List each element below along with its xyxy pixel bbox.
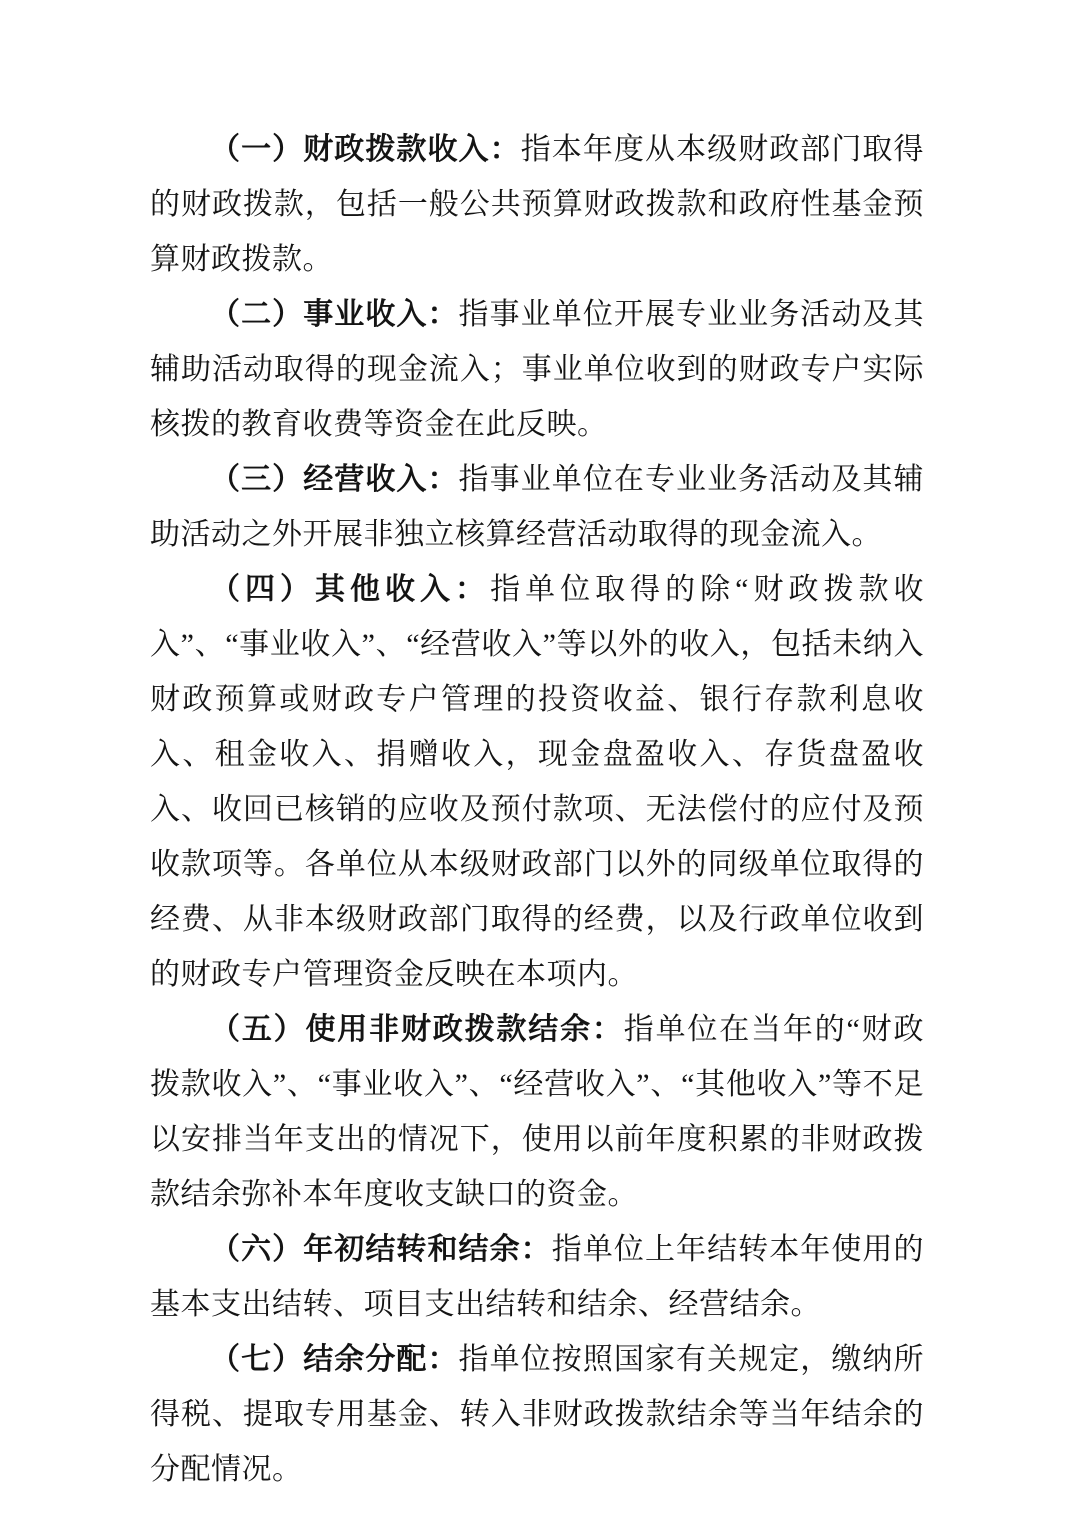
paragraph-label: （一）财政拨款收入： <box>210 133 521 166</box>
paragraph-label: （五）使用非财政拨款结余： <box>210 1013 624 1046</box>
document-content: （一）财政拨款收入：指本年度从本级财政部门取得的财政拨款，包括一般公共预算财政拨… <box>150 122 924 1497</box>
paragraph-use-of-non-fiscal-surplus: （五）使用非财政拨款结余：指单位在当年的“财政拨款收入”、“事业收入”、“经营收… <box>150 1002 924 1222</box>
paragraph-label: （二）事业收入： <box>210 298 459 331</box>
paragraph-income-business: （三）经营收入：指事业单位在专业业务活动及其辅助活动之外开展非独立核算经营活动取… <box>150 452 924 562</box>
paragraph-income-operating-institution: （二）事业收入：指事业单位开展专业业务活动及其辅助活动取得的现金流入；事业单位收… <box>150 287 924 452</box>
paragraph-label: （三）经营收入： <box>210 463 459 496</box>
paragraph-income-fiscal-appropriation: （一）财政拨款收入：指本年度从本级财政部门取得的财政拨款，包括一般公共预算财政拨… <box>150 122 924 287</box>
paragraph-body: 指单位取得的除“财政拨款收入”、“事业收入”、“经营收入”等以外的收入，包括未纳… <box>150 573 924 991</box>
paragraph-label: （四）其他收入： <box>210 573 490 606</box>
document-page: （一）财政拨款收入：指本年度从本级财政部门取得的财政拨款，包括一般公共预算财政拨… <box>0 0 1074 1520</box>
paragraph-income-other: （四）其他收入：指单位取得的除“财政拨款收入”、“事业收入”、“经营收入”等以外… <box>150 562 924 1002</box>
paragraph-beginning-carryover-surplus: （六）年初结转和结余：指单位上年结转本年使用的基本支出结转、项目支出结转和结余、… <box>150 1222 924 1332</box>
paragraph-label: （六）年初结转和结余： <box>210 1233 552 1266</box>
paragraph-label: （七）结余分配： <box>210 1343 459 1376</box>
paragraph-surplus-distribution: （七）结余分配：指单位按照国家有关规定，缴纳所得税、提取专用基金、转入非财政拨款… <box>150 1332 924 1497</box>
